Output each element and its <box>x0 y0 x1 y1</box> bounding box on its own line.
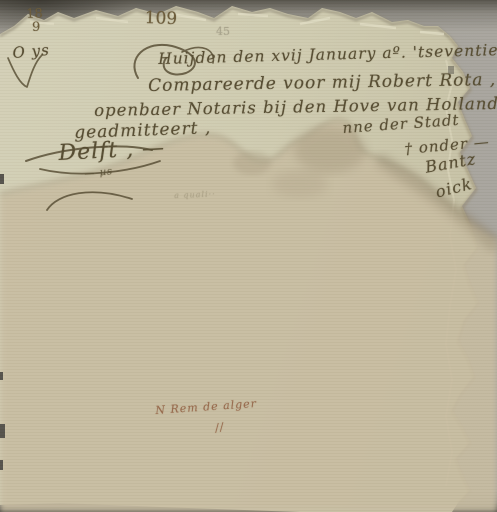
foliation-stacked-top: 18 <box>26 7 43 21</box>
margin-mark: O ys <box>12 43 50 61</box>
stain-blob-lower <box>272 170 328 198</box>
foliation-stacked-bottom: 9 <box>32 21 40 34</box>
red-inscription-mark: // <box>214 421 226 434</box>
stain-blob-small <box>233 151 271 175</box>
faint-bleedthrough-text: a quali·· <box>174 191 216 200</box>
manuscript-scan: 18 9 109 45 O ys Huijden den xvij Januar… <box>0 0 497 512</box>
faint-pencil-number: 45 <box>216 26 230 37</box>
page-number: 109 <box>144 10 177 28</box>
text-line-5-delft: Delft , — <box>58 137 166 165</box>
